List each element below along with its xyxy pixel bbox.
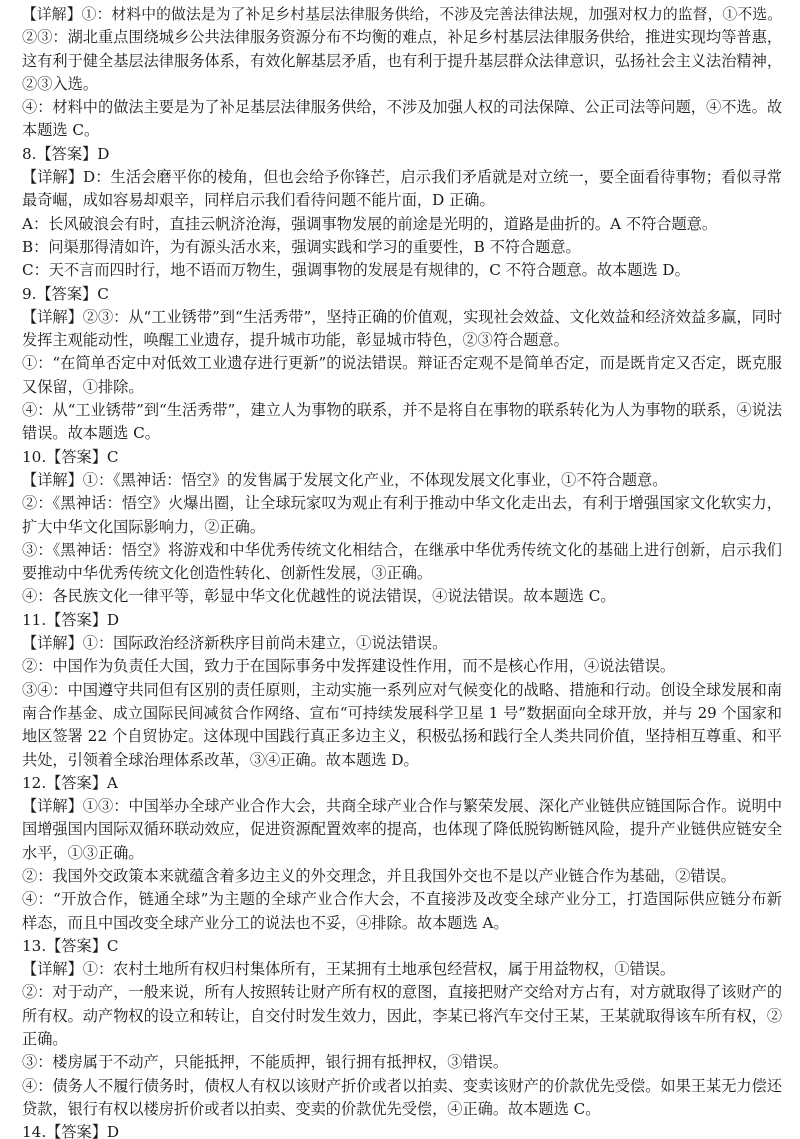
- text-line: 所有权。动产物权的设立和转让，自交付时发生效力，因此，李某已将汽车交付王某，王某…: [22, 1005, 782, 1028]
- text-line: ④：“开放合作，链通全球”为主题的全球产业合作大会，不直接涉及改变全球产业分工，…: [22, 888, 782, 911]
- text-line: A：长风破浪会有时，直挂云帆济沧海，强调事物发展的前途是光明的，道路是曲折的。A…: [22, 213, 782, 236]
- answer-heading: 9.【答案】C: [22, 283, 782, 306]
- answer-heading: 14.【答案】D: [22, 1121, 782, 1139]
- explanation-start-line: 【详解】D：生活会磨平你的棱角，但也会给予你锋芒，启示我们矛盾就是对立统一，要全…: [22, 166, 782, 189]
- answer-explanation-document: 【详解】①：材料中的做法是为了补足乡村基层法律服务供给，不涉及完善法律法规，加强…: [22, 3, 782, 1139]
- explanation-start-line: 【详解】①：农村土地所有权归村集体所有，王某拥有土地承包经营权，属于用益物权，①…: [22, 958, 782, 981]
- explanation-start-line: 【详解】①：《黑神话：悟空》的发售属于发展文化产业，不体现发展文化事业，①不符合…: [22, 469, 782, 492]
- answer-heading: 10.【答案】C: [22, 446, 782, 469]
- text-line: 又保留，①排除。: [22, 376, 782, 399]
- text-line: 国增强国内国际双循环联动效应，促进资源配置效率的提高，也体现了降低脱钩断链风险，…: [22, 818, 782, 841]
- text-line: 错误。故本题选 C。: [22, 422, 782, 445]
- text-line: ②③：湖北重点围绕城乡公共法律服务资源分布不均衡的难点，补足乡村基层法律服务供给…: [22, 26, 782, 49]
- text-line: C：天不言而四时行，地不语而万物生，强调事物的发展是有规律的，C 不符合题意。故…: [22, 259, 782, 282]
- text-line: ④：从“工业锈带”到“生活秀带”，建立人为事物的联系，并不是将自在事物的联系转化…: [22, 399, 782, 422]
- explanation-start-line: 【详解】①：国际政治经济新秩序目前尚未建立，①说法错误。: [22, 632, 782, 655]
- text-line: 共处，引领着全球治理体系改革，③④正确。故本题选 D。: [22, 749, 782, 772]
- text-line: ③④：中国遵守共同但有区别的责任原则，主动实施一系列应对气候变化的战略、措施和行…: [22, 679, 782, 702]
- text-line: ②：对于动产，一般来说，所有人按照转让财产所有权的意图，直接把财产交给对方占有，…: [22, 981, 782, 1004]
- text-line: 本题选 C。: [22, 119, 782, 142]
- text-line: ③：《黑神话：悟空》将游戏和中华优秀传统文化相结合，在继承中华优秀传统文化的基础…: [22, 539, 782, 562]
- text-line: ②：中国作为负责任大国，致力于在国际事务中发挥建设性作用，而不是核心作用，④说法…: [22, 655, 782, 678]
- text-line: 南合作基金、成立国际民间减贫合作网络、宣布“可持续发展科学卫星 1 号”数据面向…: [22, 702, 782, 725]
- text-line: 水平，①③正确。: [22, 842, 782, 865]
- text-line: 扩大中华文化国际影响力，②正确。: [22, 516, 782, 539]
- text-line: ④：债务人不履行债务时，债权人有权以该财产折价或者以拍卖、变卖该财产的价款优先受…: [22, 1075, 782, 1098]
- text-line: 最奇崛，成如容易却艰辛，同样启示我们看待问题不能片面，D 正确。: [22, 189, 782, 212]
- text-line: 正确。: [22, 1028, 782, 1051]
- text-line: ②③入选。: [22, 73, 782, 96]
- text-line: ②：我国外交政策本来就蕴含着多边主义的外交理念，并且我国外交也不是以产业链合作为…: [22, 865, 782, 888]
- explanation-start-line: 【详解】①③：中国举办全球产业合作大会，共商全球产业合作与繁荣发展、深化产业链供…: [22, 795, 782, 818]
- text-line: B：问渠那得清如许，为有源头活水来，强调实践和学习的重要性，B 不符合题意。: [22, 236, 782, 259]
- text-line: ④：各民族文化一律平等，彰显中华文化优越性的说法错误，④说法错误。故本题选 C。: [22, 585, 782, 608]
- text-line: ①：“在简单否定中对低效工业遗存进行更新”的说法错误。辩证否定观不是简单否定，而…: [22, 352, 782, 375]
- text-line: 贷款，银行有权以楼房折价或者以拍卖、变卖的价款优先受偿，④正确。故本题选 C。: [22, 1098, 782, 1121]
- explanation-start-line: 【详解】②③：从“工业锈带”到“生活秀带”，坚持正确的价值观，实现社会效益、文化…: [22, 306, 782, 329]
- explanation-start-line: 【详解】①：材料中的做法是为了补足乡村基层法律服务供给，不涉及完善法律法规，加强…: [22, 3, 782, 26]
- text-line: 这有利于健全基层法律服务体系，有效化解基层矛盾，也有利于提升基层群众法律意识，弘…: [22, 50, 782, 73]
- text-line: ②：《黑神话：悟空》火爆出圈，让全球玩家叹为观止有利于推动中华文化走出去，有利于…: [22, 492, 782, 515]
- text-line: ③：楼房属于不动产，只能抵押，不能质押，银行拥有抵押权，③错误。: [22, 1051, 782, 1074]
- text-line: 发挥主观能动性，唤醒工业遗存，提升城市功能，彰显城市特色，②③符合题意。: [22, 329, 782, 352]
- text-line: 地区签署 22 个自贸协定。这体现中国践行真正多边主义，积极弘扬和践行全人类共同…: [22, 725, 782, 748]
- answer-heading: 13.【答案】C: [22, 935, 782, 958]
- answer-heading: 8.【答案】D: [22, 143, 782, 166]
- answer-heading: 11.【答案】D: [22, 609, 782, 632]
- text-line: 样态，而且中国改变全球产业分工的说法也不妥，④排除。故本题选 A。: [22, 912, 782, 935]
- text-line: 要推动中华优秀传统文化创造性转化、创新性发展，③正确。: [22, 562, 782, 585]
- text-line: ④：材料中的做法主要是为了补足基层法律服务供给，不涉及加强人权的司法保障、公正司…: [22, 96, 782, 119]
- answer-heading: 12.【答案】A: [22, 772, 782, 795]
